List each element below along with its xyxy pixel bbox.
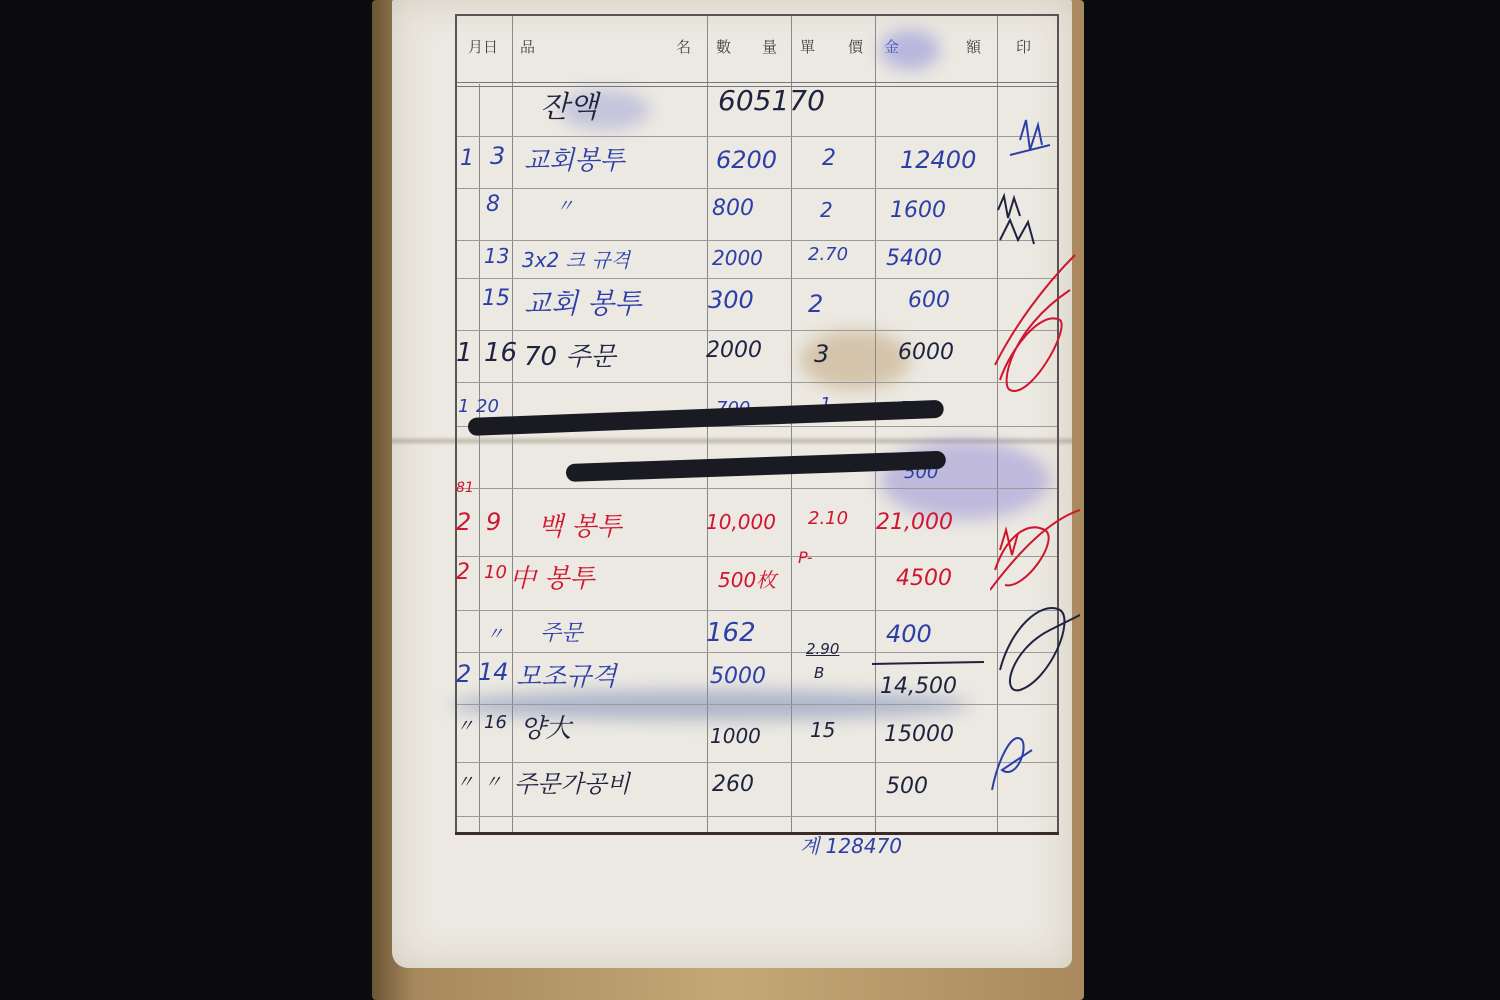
row-8-quantity: 10,000 [706,510,776,534]
row-line [457,188,1057,189]
row-line [457,816,1057,817]
row-12-unit-price: 15 [810,718,835,742]
row-4-item: 교회 봉투 [524,282,641,322]
row-6-month: 1 [458,396,469,417]
header-month-day: 月日 [468,36,498,57]
row-8-month: 2 [456,508,471,536]
row-11-amount: 14,500 [880,674,957,699]
row-13-item: 주문가공비 [514,764,630,799]
row-1-day: 3 [490,142,505,170]
row-line [457,330,1057,331]
row-9-day: 10 [484,562,507,583]
row-2-item: 〃 [556,192,574,218]
row-11-item: 모조규격 [516,656,616,693]
row-line [457,704,1057,705]
row-1-unit-price: 2 [822,146,836,171]
row-2-unit-price: 2 [820,198,833,222]
row-11-unit-price-note: B [814,664,824,682]
col-divider [875,16,876,832]
row-line [457,762,1057,763]
row-8-item: 백 봉투 [538,506,622,543]
row-4-amount: 600 [908,288,950,313]
row-11-month: 2 [456,660,471,688]
header-qty-right: 量 [762,36,777,57]
row-line [457,652,1057,653]
row-3-day: 13 [484,244,509,268]
row-3-item: 3x2 크 규격 [522,244,630,273]
row-12-month: 〃 [456,712,474,738]
row-1-month: 1 [460,146,474,171]
row-2-amount: 1600 [890,198,946,223]
row-9-item: 中 봉투 [510,558,595,595]
col-divider [791,16,792,832]
row-13-amount: 500 [886,774,928,799]
row-2-day: 8 [486,192,500,217]
row-line [457,382,1057,383]
row-2-quantity: 800 [712,196,754,221]
row-11-unit-price: 2.90 [806,640,839,658]
row-1-item: 교회봉투 [524,140,624,177]
header-amount-right: 額 [966,36,981,57]
row-line [457,240,1057,241]
row-5-quantity: 2000 [706,338,762,363]
row-8-amount: 21,000 [876,510,953,535]
header-seal: 印 [1016,36,1031,57]
row-line [457,136,1057,137]
row-8-day: 9 [486,508,501,536]
row-3-unit-price: 2.70 [808,244,848,265]
row-11-day: 14 [478,658,509,686]
row-12-day: 16 [484,712,507,733]
row-13-quantity: 260 [712,772,754,797]
row-8-year-note: 81 [456,480,474,496]
row-12-item: 양大 [520,708,571,745]
row-0-quantity: 605170 [718,84,825,117]
row-3-amount: 5400 [886,246,942,271]
row-9-amount: 4500 [896,566,952,591]
row-line [457,488,1057,489]
row-5-month: 1 [456,338,473,368]
row-line [457,610,1057,611]
header-amount-left: 金 [884,36,899,57]
row-13-day: 〃 [484,768,502,794]
row-4-unit-price: 2 [808,290,823,318]
row-4-day: 15 [482,286,510,311]
signature-marks [990,100,1080,800]
row-5-unit-price: 3 [814,340,829,368]
header-item-right: 名 [676,36,691,57]
header-item-left: 品 [520,36,535,57]
row-5-item: 70 주문 [524,336,616,373]
row-13-month: 〃 [456,768,474,794]
row-11-quantity: 5000 [710,664,766,689]
row-10-item: 주문 [540,616,583,647]
row-3-quantity: 2000 [712,246,763,270]
row-9-unit-price: P- [798,548,813,567]
row-12-amount: 15000 [884,722,954,747]
row-10-day: 〃 [486,620,504,646]
row-5-day: 16 [484,338,517,368]
row-1-amount: 12400 [900,146,976,174]
header-price-left: 單 [800,36,815,57]
row-4-quantity: 300 [708,286,754,314]
row-1-quantity: 6200 [716,146,777,174]
header-price-right: 價 [848,36,863,57]
table-bottom-rule [455,832,1059,835]
row-line [457,278,1057,279]
row-5-amount: 6000 [898,340,954,365]
row-9-quantity: 500枚 [718,564,776,593]
row-0-item: 잔액 [540,82,598,126]
row-10-amount: 400 [886,620,932,648]
row-6-day: 20 [476,396,499,417]
row-line [457,556,1057,557]
row-8-unit-price: 2.10 [808,508,848,529]
row-10-quantity: 162 [706,618,756,648]
row-12-quantity: 1000 [710,724,761,748]
month-day-divider [479,84,480,832]
ledger-total: 계 128470 [800,830,902,859]
row-9-month: 2 [456,560,470,585]
header-qty-left: 數 [716,36,731,57]
